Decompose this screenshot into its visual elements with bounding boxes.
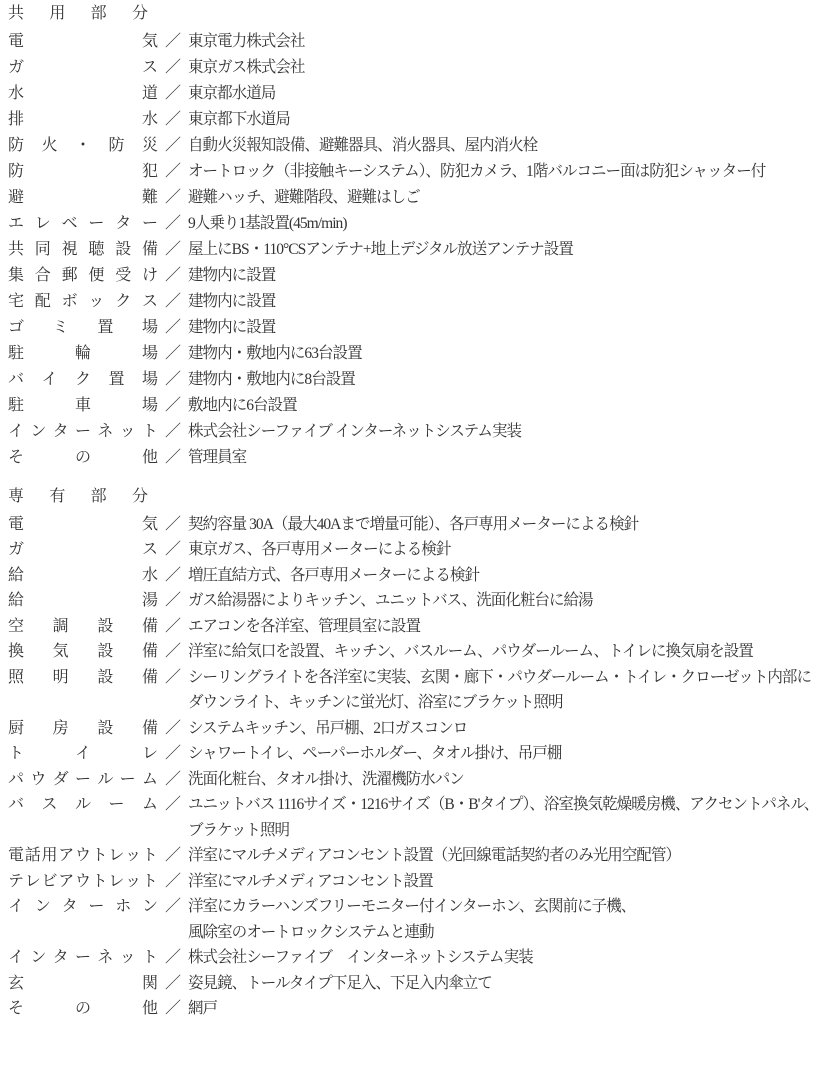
section-header: 共用部分 (8, 1, 840, 27)
row-label: 避難 (8, 185, 158, 211)
section-title: 共用部分 (8, 1, 148, 27)
row-value: 洋室に給気口を設置、キッチン、バスルーム、パウダールーム、トイレに換気扇を設置 (188, 639, 753, 665)
row-label: トイレ (8, 741, 158, 767)
spec-row: 空調設備 ／ エアコンを各洋室、管理員室に設置 (8, 614, 840, 640)
slash-separator: ／ (158, 537, 188, 563)
spec-row: 換気設備 ／ 洋室に給気口を設置、キッチン、バスルーム、パウダールーム、トイレに… (8, 639, 840, 665)
row-label: 玄関 (8, 971, 158, 997)
slash-separator: ／ (158, 29, 188, 55)
row-label: 電気 (8, 29, 158, 55)
row-value: 東京都下水道局 (188, 107, 290, 133)
spec-row: 宅配ボックス ／ 建物内に設置 (8, 289, 840, 315)
row-label: 換気設備 (8, 639, 158, 665)
row-label: 集合郵便受け (8, 263, 158, 289)
row-label: その他 (8, 445, 158, 471)
row-value: 建物内・敷地内に8台設置 (188, 367, 355, 393)
row-value: オートロック（非接触キーシステム）、防犯カメラ、1階バルコニー面は防犯シャッター… (188, 159, 765, 185)
row-value: シャワートイレ、ペーパーホルダー、タオル掛け、吊戸棚 (188, 741, 561, 767)
row-value: 洋室にカラーハンズフリーモニター付インターホン、玄関前に子機、 風除室のオートロ… (188, 894, 635, 945)
spec-row: 防火・防災 ／ 自動火災報知設備、避難器具、消火器具、屋内消火栓 (8, 133, 840, 159)
slash-separator: ／ (158, 159, 188, 185)
spec-row: 電気 ／ 契約容量 30A（最大40Aまで増量可能）、各戸専用メーターによる検針 (8, 512, 840, 538)
section-header: 専有部分 (8, 484, 840, 510)
row-value: 東京都水道局 (188, 81, 275, 107)
row-value: 9人乗り1基設置(45m/min) (188, 211, 347, 237)
row-value: 建物内に設置 (188, 263, 275, 289)
row-value: 自動火災報知設備、避難器具、消火器具、屋内消火栓 (188, 133, 537, 159)
spec-row: 給水 ／ 増圧直結方式、各戸専用メーターによる検針 (8, 563, 840, 589)
slash-separator: ／ (158, 767, 188, 793)
row-label: ゴミ置場 (8, 315, 158, 341)
row-value: ユニットバス 1116サイズ・1216サイズ（B・B'タイプ）、浴室換気乾燥暖房… (188, 792, 818, 843)
row-label: その他 (8, 996, 158, 1022)
section-common-areas: 共用部分 電気 ／ 東京電力株式会社 ガス ／ 東京ガス株式会社 水道 ／ 東京… (8, 1, 840, 471)
spec-row: バスルーム ／ ユニットバス 1116サイズ・1216サイズ（B・B'タイプ）、… (8, 792, 840, 843)
spec-row: 給湯 ／ ガス給湯器によりキッチン、ユニットバス、洗面化粧台に給湯 (8, 588, 840, 614)
slash-separator: ／ (158, 512, 188, 538)
row-label: 宅配ボックス (8, 289, 158, 315)
slash-separator: ／ (158, 315, 188, 341)
row-label: 空調設備 (8, 614, 158, 640)
slash-separator: ／ (158, 894, 188, 920)
row-value: 管理員室 (188, 445, 246, 471)
slash-separator: ／ (158, 341, 188, 367)
row-label: バスルーム (8, 792, 158, 818)
row-value: 株式会社シーファイブ インターネットシステム実装 (188, 419, 521, 445)
spec-row: 駐輪場 ／ 建物内・敷地内に63台設置 (8, 341, 840, 367)
slash-separator: ／ (158, 107, 188, 133)
spec-row: 厨房設備 ／ システムキッチン、吊戸棚、2口ガスコンロ (8, 716, 840, 742)
spec-row: その他 ／ 管理員室 (8, 445, 840, 471)
slash-separator: ／ (158, 81, 188, 107)
row-label: 給湯 (8, 588, 158, 614)
row-label: 電気 (8, 512, 158, 538)
slash-separator: ／ (158, 367, 188, 393)
slash-separator: ／ (158, 639, 188, 665)
spec-row: 駐車場 ／ 敷地内に6台設置 (8, 393, 840, 419)
row-label: 防犯 (8, 159, 158, 185)
row-label: 防火・防災 (8, 133, 158, 159)
row-label: ガス (8, 55, 158, 81)
slash-separator: ／ (158, 263, 188, 289)
slash-separator: ／ (158, 971, 188, 997)
row-label: インターネット (8, 945, 158, 971)
spec-sheet: 共用部分 電気 ／ 東京電力株式会社 ガス ／ 東京ガス株式会社 水道 ／ 東京… (0, 0, 840, 1022)
row-value: 姿見鏡、トールタイプ下足入、下足入内傘立て (188, 971, 492, 997)
slash-separator: ／ (158, 716, 188, 742)
slash-separator: ／ (158, 419, 188, 445)
row-label: 駐車場 (8, 393, 158, 419)
row-value: 洋室にマルチメディアコンセント設置（光回線電話契約者のみ光用空配管） (188, 843, 680, 869)
row-label: バイク置場 (8, 367, 158, 393)
slash-separator: ／ (158, 843, 188, 869)
slash-separator: ／ (158, 945, 188, 971)
spec-row: 電気 ／ 東京電力株式会社 (8, 29, 840, 55)
row-value: 株式会社シーファイブ インターネットシステム実装 (188, 945, 533, 971)
row-value: エアコンを各洋室、管理員室に設置 (188, 614, 420, 640)
spec-row: 集合郵便受け ／ 建物内に設置 (8, 263, 840, 289)
row-value: 増圧直結方式、各戸専用メーターによる検針 (188, 563, 479, 589)
row-value: 洗面化粧台、タオル掛け、洗濯機防水パン (188, 767, 464, 793)
row-value: 避難ハッチ、避難階段、避難はしご (188, 185, 420, 211)
spec-row: 共同視聴設備 ／ 屋上にBS・110°CSアンテナ+地上デジタル放送アンテナ設置 (8, 237, 840, 263)
spec-row: テレビアウトレット ／ 洋室にマルチメディアコンセント設置 (8, 869, 840, 895)
spec-row: 水道 ／ 東京都水道局 (8, 81, 840, 107)
row-label: テレビアウトレット (8, 869, 158, 895)
spec-row: ガス ／ 東京ガス株式会社 (8, 55, 840, 81)
row-value: 東京電力株式会社 (188, 29, 304, 55)
slash-separator: ／ (158, 289, 188, 315)
slash-separator: ／ (158, 237, 188, 263)
slash-separator: ／ (158, 563, 188, 589)
slash-separator: ／ (158, 996, 188, 1022)
row-label: ガス (8, 537, 158, 563)
row-value: 建物内に設置 (188, 315, 275, 341)
row-label: 駐輪場 (8, 341, 158, 367)
spec-row: 照明設備 ／ シーリングライトを各洋室に実装、玄関・廊下・パウダールーム・トイレ… (8, 665, 840, 716)
row-value: 網戸 (188, 996, 217, 1022)
row-label: エレベーター (8, 211, 158, 237)
row-value: システムキッチン、吊戸棚、2口ガスコンロ (188, 716, 467, 742)
slash-separator: ／ (158, 133, 188, 159)
row-value: 屋上にBS・110°CSアンテナ+地上デジタル放送アンテナ設置 (188, 237, 573, 263)
row-label: インターネット (8, 419, 158, 445)
spec-row: トイレ ／ シャワートイレ、ペーパーホルダー、タオル掛け、吊戸棚 (8, 741, 840, 767)
row-value: 洋室にマルチメディアコンセント設置 (188, 869, 433, 895)
slash-separator: ／ (158, 393, 188, 419)
row-label: 照明設備 (8, 665, 158, 691)
row-label: 共同視聴設備 (8, 237, 158, 263)
slash-separator: ／ (158, 869, 188, 895)
slash-separator: ／ (158, 445, 188, 471)
slash-separator: ／ (158, 665, 188, 691)
spec-row: インターネット ／ 株式会社シーファイブ インターネットシステム実装 (8, 419, 840, 445)
section-title: 専有部分 (8, 484, 148, 510)
row-value: 敷地内に6台設置 (188, 393, 297, 419)
row-label: 給水 (8, 563, 158, 589)
spec-row: 避難 ／ 避難ハッチ、避難階段、避難はしご (8, 185, 840, 211)
row-value: 東京ガス、各戸専用メーターによる検針 (188, 537, 450, 563)
row-value: 契約容量 30A（最大40Aまで増量可能）、各戸専用メーターによる検針 (188, 512, 638, 538)
spec-row: インターホン ／ 洋室にカラーハンズフリーモニター付インターホン、玄関前に子機、… (8, 894, 840, 945)
row-value: 東京ガス株式会社 (188, 55, 304, 81)
slash-separator: ／ (158, 55, 188, 81)
row-value: ガス給湯器によりキッチン、ユニットバス、洗面化粧台に給湯 (188, 588, 593, 614)
spec-row: その他 ／ 網戸 (8, 996, 840, 1022)
spec-row: 防犯 ／ オートロック（非接触キーシステム）、防犯カメラ、1階バルコニー面は防犯… (8, 159, 840, 185)
slash-separator: ／ (158, 792, 188, 818)
slash-separator: ／ (158, 614, 188, 640)
slash-separator: ／ (158, 741, 188, 767)
row-label: パウダールーム (8, 767, 158, 793)
row-label: 排水 (8, 107, 158, 133)
spec-row: 玄関 ／ 姿見鏡、トールタイプ下足入、下足入内傘立て (8, 971, 840, 997)
spec-row: 排水 ／ 東京都下水道局 (8, 107, 840, 133)
row-value: シーリングライトを各洋室に実装、玄関・廊下・パウダールーム・トイレ・クローゼット… (188, 665, 811, 716)
row-label: 厨房設備 (8, 716, 158, 742)
spec-row: 電話用アウトレット ／ 洋室にマルチメディアコンセント設置（光回線電話契約者のみ… (8, 843, 840, 869)
row-value: 建物内・敷地内に63台設置 (188, 341, 362, 367)
slash-separator: ／ (158, 211, 188, 237)
spec-row: ガス ／ 東京ガス、各戸専用メーターによる検針 (8, 537, 840, 563)
slash-separator: ／ (158, 185, 188, 211)
section-private-areas: 専有部分 電気 ／ 契約容量 30A（最大40Aまで増量可能）、各戸専用メーター… (8, 484, 840, 1022)
row-label: 水道 (8, 81, 158, 107)
spec-row: エレベーター ／ 9人乗り1基設置(45m/min) (8, 211, 840, 237)
row-label: 電話用アウトレット (8, 843, 158, 869)
row-label: インターホン (8, 894, 158, 920)
slash-separator: ／ (158, 588, 188, 614)
spec-row: インターネット ／ 株式会社シーファイブ インターネットシステム実装 (8, 945, 840, 971)
spec-row: バイク置場 ／ 建物内・敷地内に8台設置 (8, 367, 840, 393)
row-value: 建物内に設置 (188, 289, 275, 315)
spec-row: パウダールーム ／ 洗面化粧台、タオル掛け、洗濯機防水パン (8, 767, 840, 793)
spec-row: ゴミ置場 ／ 建物内に設置 (8, 315, 840, 341)
